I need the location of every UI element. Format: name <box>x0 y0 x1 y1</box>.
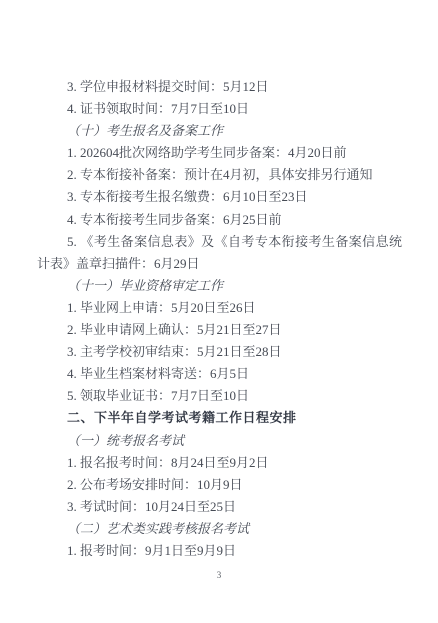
doc-line: 1. 毕业网上申请：5月20日至26日 <box>37 297 402 319</box>
doc-line: 3. 学位申报材料提交时间：5月12日 <box>37 76 402 98</box>
doc-line: 3. 专本衔接考生报名缴费：6月10日至23日 <box>37 186 402 208</box>
doc-line: 4. 毕业生档案材料寄送：6月5日 <box>37 363 402 385</box>
subsection-heading: （二）艺术类实践考核报名考试 <box>37 518 402 540</box>
doc-line: 2. 专本衔接补备案：预计在4月初，具体安排另行通知 <box>37 164 402 186</box>
subsection-heading: （一）统考报名考试 <box>37 430 402 452</box>
doc-line: 3. 主考学校初审结束：5月21日至28日 <box>37 341 402 363</box>
doc-line: 4. 专本衔接考生同步备案：6月25日前 <box>37 209 402 231</box>
document-text-block: 3. 学位申报材料提交时间：5月12日 4. 证书领取时间：7月7日至10日 （… <box>37 76 402 562</box>
doc-line: 1. 报考时间：9月1日至9月9日 <box>37 540 402 562</box>
doc-line: 3. 考试时间：10月24日至25日 <box>37 496 402 518</box>
subsection-heading: （十）考生报名及备案工作 <box>37 120 402 142</box>
doc-line: 4. 证书领取时间：7月7日至10日 <box>37 98 402 120</box>
page-number: 3 <box>0 570 438 580</box>
doc-line: 2. 公布考场安排时间：10月9日 <box>37 474 402 496</box>
doc-line: 2. 毕业申请网上确认：5月21日至27日 <box>37 319 402 341</box>
doc-line: 1. 报名报考时间：8月24日至9月2日 <box>37 452 402 474</box>
subsection-heading: （十一）毕业资格审定工作 <box>37 275 402 297</box>
doc-line: 1. 202604批次网络助学考生同步备案：4月20日前 <box>37 142 402 164</box>
doc-line: 5. 《考生备案信息表》及《自考专本衔接考生备案信息统计表》盖章扫描件：6月29… <box>37 231 402 275</box>
section-heading: 二、下半年自学考试考籍工作日程安排 <box>37 407 402 429</box>
doc-line: 5. 领取毕业证书：7月7日至10日 <box>37 385 402 407</box>
document-page: 3. 学位申报材料提交时间：5月12日 4. 证书领取时间：7月7日至10日 （… <box>0 0 438 623</box>
